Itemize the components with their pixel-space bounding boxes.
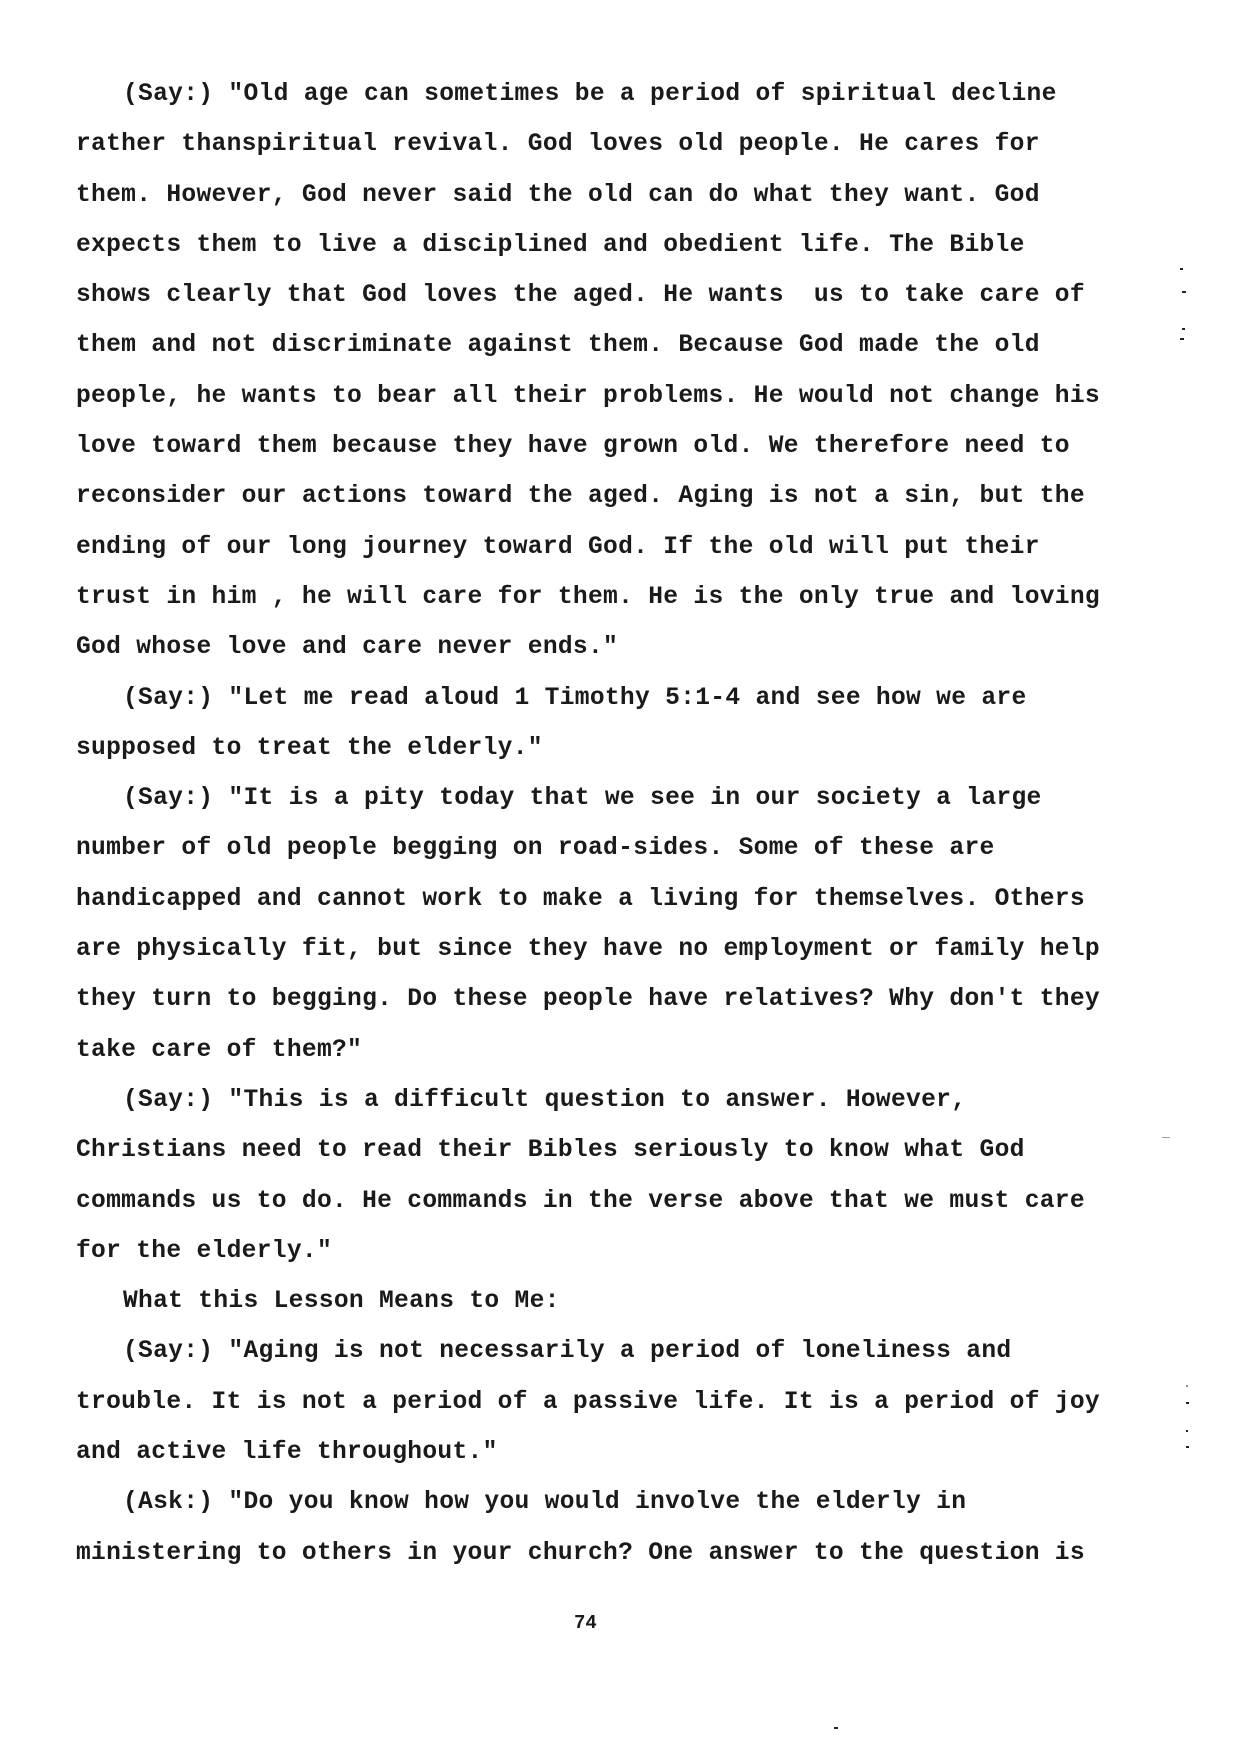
scan-speck — [1186, 1446, 1189, 1448]
paragraph-line: they turn to begging. Do these people ha… — [76, 975, 1196, 1025]
page-number: 74 — [574, 1612, 597, 1634]
paragraph-line: reconsider our actions toward the aged. … — [76, 472, 1196, 522]
paragraph-line: trust in him , he will care for them. He… — [76, 573, 1196, 623]
section-heading: What this Lesson Means to Me: — [76, 1277, 1196, 1327]
paragraph-line: (Say:) "Aging is not necessarily a perio… — [76, 1327, 1196, 1377]
paragraph-line: number of old people begging on road-sid… — [76, 824, 1196, 874]
body-text: (Say:) "Old age can sometimes be a perio… — [76, 70, 1196, 1579]
paragraph-line: them. However, God never said the old ca… — [76, 171, 1196, 221]
paragraph-line: are physically fit, but since they have … — [76, 925, 1196, 975]
scan-speck — [1186, 1430, 1188, 1432]
paragraph-line: take care of them?" — [76, 1026, 1196, 1076]
scan-speck — [1182, 291, 1186, 293]
paragraph-line: and active life throughout." — [76, 1428, 1196, 1478]
paragraph-line: (Say:) "Old age can sometimes be a perio… — [76, 70, 1196, 120]
paragraph-line: trouble. It is not a period of a passive… — [76, 1378, 1196, 1428]
paragraph-line: God whose love and care never ends." — [76, 623, 1196, 673]
scan-speck — [834, 1727, 838, 1729]
scan-speck — [1180, 338, 1184, 340]
paragraph-line: them and not discriminate against them. … — [76, 321, 1196, 371]
scan-speck — [1186, 1402, 1189, 1404]
paragraph-line: people, he wants to bear all their probl… — [76, 372, 1196, 422]
scan-speck — [1182, 328, 1185, 330]
paragraph-line: expects them to live a disciplined and o… — [76, 221, 1196, 271]
paragraph-line: (Say:) "It is a pity today that we see i… — [76, 774, 1196, 824]
paragraph-line: (Say:) "Let me read aloud 1 Timothy 5:1-… — [76, 674, 1196, 724]
scan-speck — [1162, 1137, 1170, 1138]
paragraph-line: supposed to treat the elderly." — [76, 724, 1196, 774]
paragraph-line: for the elderly." — [76, 1227, 1196, 1277]
paragraph-line: ending of our long journey toward God. I… — [76, 523, 1196, 573]
paragraph-line: Christians need to read their Bibles ser… — [76, 1126, 1196, 1176]
paragraph-line: handicapped and cannot work to make a li… — [76, 875, 1196, 925]
paragraph-line: love toward them because they have grown… — [76, 422, 1196, 472]
paragraph-line: rather thanspiritual revival. God loves … — [76, 120, 1196, 170]
document-page: (Say:) "Old age can sometimes be a perio… — [0, 0, 1240, 1753]
paragraph-line: (Ask:) "Do you know how you would involv… — [76, 1478, 1196, 1528]
paragraph-line: ministering to others in your church? On… — [76, 1529, 1196, 1579]
paragraph-line: shows clearly that God loves the aged. H… — [76, 271, 1196, 321]
scan-speck — [1186, 1385, 1188, 1387]
paragraph-line: commands us to do. He commands in the ve… — [76, 1177, 1196, 1227]
scan-speck — [1180, 268, 1183, 270]
paragraph-line: (Say:) "This is a difficult question to … — [76, 1076, 1196, 1126]
